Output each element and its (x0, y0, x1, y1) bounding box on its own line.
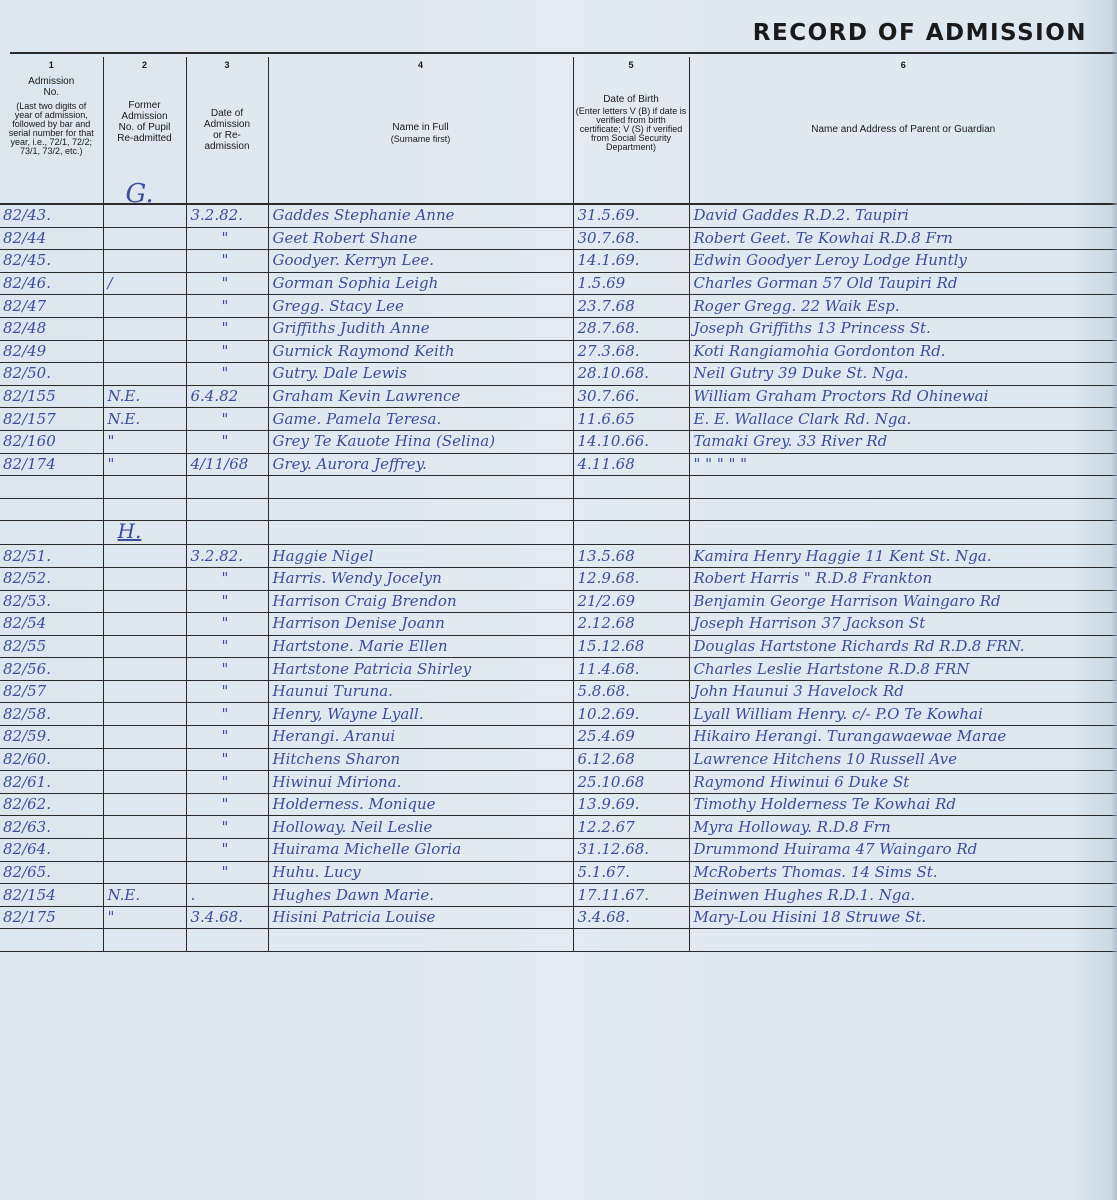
pupil-name-cell: Harris. Wendy Jocelyn (268, 567, 573, 590)
admission-date: " (222, 637, 229, 655)
parent-guardian-cell: " " " " " (689, 453, 1117, 476)
table-row: 82/174"4/11/68Grey. Aurora Jeffrey.4.11.… (0, 453, 1117, 476)
column-sublabel: (Last two digits of year of admission, f… (2, 102, 101, 156)
admission-date-cell (186, 498, 268, 521)
date-of-birth-cell (573, 476, 689, 499)
pupil-name: Huirama Michelle Gloria (273, 840, 462, 858)
former-admission-number-cell (103, 295, 186, 318)
admission-date: " (222, 818, 229, 836)
admission-date: " (222, 229, 229, 247)
date-of-birth-cell: 28.7.68. (573, 317, 689, 340)
admission-number: 82/57 (3, 682, 46, 700)
pupil-name-cell: Grey Te Kauote Hina (Selina) (268, 430, 573, 453)
pupil-name-cell: Henry, Wayne Lyall. (268, 703, 573, 726)
column-number: 1 (2, 60, 101, 70)
parent-guardian-cell: McRoberts Thomas. 14 Sims St. (689, 861, 1117, 884)
pupil-name: Graham Kevin Lawrence (273, 387, 461, 405)
admission-number: 82/48 (3, 319, 46, 337)
parent-guardian-cell: Lyall William Henry. c/- P.O Te Kowhai (689, 703, 1117, 726)
date-of-birth: 4.11.68 (578, 455, 635, 473)
admission-number: 82/43. (3, 206, 51, 224)
admission-date: " (222, 251, 229, 269)
admission-date: . (191, 886, 196, 904)
parent-guardian: David Gaddes R.D.2. Taupiri (694, 206, 909, 224)
table-row: 82/175"3.4.68.Hisini Patricia Louise3.4.… (0, 906, 1117, 929)
admission-date: " (222, 773, 229, 791)
admission-number-cell: 82/52. (0, 567, 103, 590)
table-row: 82/61."Hiwinui Miriona.25.10.68Raymond H… (0, 771, 1117, 794)
former-admission-number-cell (103, 793, 186, 816)
pupil-name: Goodyer. Kerryn Lee. (273, 251, 434, 269)
admission-number: 82/64. (3, 840, 51, 858)
former-admission-number-cell (103, 680, 186, 703)
column-label: Date of Admission or Re-admission (189, 108, 266, 152)
former-admission-number-cell (103, 726, 186, 749)
date-of-birth: 10.2.69. (578, 705, 640, 723)
former-admission-number-cell (103, 839, 186, 862)
admission-number: 82/157 (3, 410, 56, 428)
admission-number: 82/65. (3, 863, 51, 881)
parent-guardian-cell: E. E. Wallace Clark Rd. Nga. (689, 408, 1117, 431)
column-label: Name and Address of Parent or Guardian (692, 124, 1116, 135)
admission-number: 82/63. (3, 818, 51, 836)
parent-guardian: Timothy Holderness Te Kowhai Rd (694, 795, 956, 813)
former-admission-number: " (108, 455, 115, 473)
admission-date: " (222, 297, 229, 315)
admission-date: 4/11/68 (191, 455, 249, 473)
admission-number: 82/54 (3, 614, 46, 632)
parent-guardian-cell: Beinwen Hughes R.D.1. Nga. (689, 884, 1117, 907)
admission-number: 82/58. (3, 705, 51, 723)
table-row (0, 929, 1117, 952)
parent-guardian-cell: Hikairo Herangi. Turangawaewae Marae (689, 726, 1117, 749)
date-of-birth-cell: 12.9.68. (573, 567, 689, 590)
page-title: RECORD OF ADMISSION (753, 20, 1087, 46)
parent-guardian-cell: Benjamin George Harrison Waingaro Rd (689, 590, 1117, 613)
pupil-name-cell: Graham Kevin Lawrence (268, 385, 573, 408)
column-header-former-admission-no: 2 Former Admission No. of Pupil Re-admit… (103, 57, 186, 204)
admission-number-cell: 82/43. (0, 204, 103, 227)
parent-guardian-cell: Edwin Goodyer Leroy Lodge Huntly (689, 250, 1117, 273)
register-body: 82/43.3.2.82.Gaddes Stephanie Anne31.5.6… (0, 204, 1117, 952)
pupil-name-cell: Hisini Patricia Louise (268, 906, 573, 929)
admission-number: 82/49 (3, 342, 46, 360)
pupil-name-cell: Holloway. Neil Leslie (268, 816, 573, 839)
pupil-name: Hisini Patricia Louise (273, 908, 436, 926)
admission-date: 6.4.82 (191, 387, 239, 405)
pupil-name: Herangi. Aranui (273, 727, 396, 745)
admission-date-cell: " (186, 363, 268, 386)
admission-date-cell: " (186, 635, 268, 658)
date-of-birth-cell: 15.12.68 (573, 635, 689, 658)
admission-date-cell: 4/11/68 (186, 453, 268, 476)
date-of-birth: 11.6.65 (578, 410, 635, 428)
date-of-birth-cell: 5.1.67. (573, 861, 689, 884)
parent-guardian-cell: Koti Rangiamohia Gordonton Rd. (689, 340, 1117, 363)
admission-number: 82/45. (3, 251, 51, 269)
former-admission-number-cell (103, 545, 186, 568)
admission-date-cell: . (186, 884, 268, 907)
parent-guardian: Tamaki Grey. 33 River Rd (694, 432, 888, 450)
column-number: 6 (692, 60, 1116, 70)
admission-date-cell (186, 476, 268, 499)
date-of-birth-cell: 1.5.69 (573, 272, 689, 295)
date-of-birth: 31.12.68. (578, 840, 650, 858)
admission-number: 82/154 (3, 886, 56, 904)
parent-guardian: Robert Geet. Te Kowhai R.D.8 Frn (694, 229, 953, 247)
parent-guardian-cell: Tamaki Grey. 33 River Rd (689, 430, 1117, 453)
admission-number: 82/60. (3, 750, 51, 768)
admission-number-cell: 82/61. (0, 771, 103, 794)
admission-date: " (222, 863, 229, 881)
admission-number: 82/52. (3, 569, 51, 587)
table-row: 82/52."Harris. Wendy Jocelyn12.9.68.Robe… (0, 567, 1117, 590)
pupil-name: Henry, Wayne Lyall. (273, 705, 424, 723)
table-row: 82/154N.E..Hughes Dawn Marie.17.11.67.Be… (0, 884, 1117, 907)
date-of-birth-cell: 4.11.68 (573, 453, 689, 476)
table-row: 82/53."Harrison Craig Brendon21/2.69Benj… (0, 590, 1117, 613)
date-of-birth: 30.7.68. (578, 229, 640, 247)
parent-guardian: Joseph Harrison 37 Jackson St (694, 614, 926, 632)
pupil-name-cell (268, 521, 573, 545)
pupil-name-cell: Hartstone Patricia Shirley (268, 658, 573, 681)
former-admission-number-cell: N.E. (103, 884, 186, 907)
admission-date-cell: " (186, 227, 268, 250)
parent-guardian: Roger Gregg. 22 Waik Esp. (694, 297, 900, 315)
admission-date: " (222, 274, 229, 292)
former-admission-number-cell (103, 771, 186, 794)
parent-guardian-cell (689, 476, 1117, 499)
date-of-birth-cell: 23.7.68 (573, 295, 689, 318)
date-of-birth-cell: 2.12.68 (573, 613, 689, 636)
admission-number-cell: 82/44 (0, 227, 103, 250)
date-of-birth-cell: 13.5.68 (573, 545, 689, 568)
date-of-birth-cell: 25.4.69 (573, 726, 689, 749)
section-divider-row: H. (0, 521, 1117, 545)
admission-number-cell: 82/50. (0, 363, 103, 386)
former-admission-number-cell: " (103, 430, 186, 453)
date-of-birth-cell (573, 498, 689, 521)
date-of-birth-cell: 25.10.68 (573, 771, 689, 794)
pupil-name: Gaddes Stephanie Anne (273, 206, 455, 224)
pupil-name: Gutry. Dale Lewis (273, 364, 407, 382)
admission-date: " (222, 705, 229, 723)
date-of-birth-cell: 28.10.68. (573, 363, 689, 386)
parent-guardian: William Graham Proctors Rd Ohinewai (694, 387, 989, 405)
admission-number-cell: 82/160 (0, 430, 103, 453)
pupil-name-cell: Herangi. Aranui (268, 726, 573, 749)
header-row: 1 AdmissionNo. (Last two digits of year … (0, 57, 1117, 204)
parent-guardian-cell: William Graham Proctors Rd Ohinewai (689, 385, 1117, 408)
admission-date-cell: " (186, 703, 268, 726)
former-admission-number-cell (103, 613, 186, 636)
date-of-birth-cell: 31.12.68. (573, 839, 689, 862)
admission-date-cell: " (186, 430, 268, 453)
admission-number-cell: 82/157 (0, 408, 103, 431)
parent-guardian: Raymond Hiwinui 6 Duke St (694, 773, 910, 791)
former-admission-number-cell: H. (103, 521, 186, 545)
former-admission-number-cell (103, 635, 186, 658)
admission-number-cell: 82/49 (0, 340, 103, 363)
pupil-name: Geet Robert Shane (273, 229, 418, 247)
pupil-name: Hughes Dawn Marie. (273, 886, 435, 904)
column-number: 3 (189, 60, 266, 70)
pupil-name: Holloway. Neil Leslie (273, 818, 433, 836)
table-row: 82/57"Haunui Turuna.5.8.68.John Haunui 3… (0, 680, 1117, 703)
admission-date-cell: 3.2.82. (186, 545, 268, 568)
parent-guardian-cell (689, 498, 1117, 521)
pupil-name-cell: Hiwinui Miriona. (268, 771, 573, 794)
former-admission-number-cell: " (103, 906, 186, 929)
admission-number: 82/46. (3, 274, 51, 292)
parent-guardian: Drummond Huirama 47 Waingaro Rd (694, 840, 978, 858)
parent-guardian-cell: Neil Gutry 39 Duke St. Nga. (689, 363, 1117, 386)
former-admission-number-cell (103, 250, 186, 273)
parent-guardian-cell: John Haunui 3 Havelock Rd (689, 680, 1117, 703)
date-of-birth-cell: 5.8.68. (573, 680, 689, 703)
date-of-birth: 6.12.68 (578, 750, 635, 768)
table-row: 82/51.3.2.82.Haggie Nigel13.5.68Kamira H… (0, 545, 1117, 568)
date-of-birth-cell: 17.11.67. (573, 884, 689, 907)
admission-number: 82/47 (3, 297, 46, 315)
admission-number-cell: 82/51. (0, 545, 103, 568)
former-admission-number: / (108, 274, 113, 292)
column-sublabel: (Surname first) (271, 135, 571, 144)
date-of-birth: 13.5.68 (578, 547, 635, 565)
admission-date: " (222, 410, 229, 428)
table-row: 82/157N.E."Game. Pamela Teresa.11.6.65E.… (0, 408, 1117, 431)
admission-number-cell: 82/154 (0, 884, 103, 907)
admission-number-cell: 82/60. (0, 748, 103, 771)
admission-date: " (222, 364, 229, 382)
date-of-birth: 12.9.68. (578, 569, 640, 587)
table-row: 82/58."Henry, Wayne Lyall.10.2.69.Lyall … (0, 703, 1117, 726)
column-number: 2 (106, 60, 184, 70)
admission-date-cell: " (186, 590, 268, 613)
date-of-birth-cell: 30.7.66. (573, 385, 689, 408)
date-of-birth-cell: 31.5.69. (573, 204, 689, 227)
former-admission-number-cell: N.E. (103, 385, 186, 408)
pupil-name: Grey. Aurora Jeffrey. (273, 455, 427, 473)
table-row: 82/48"Griffiths Judith Anne28.7.68.Josep… (0, 317, 1117, 340)
table-row: 82/44"Geet Robert Shane30.7.68.Robert Ge… (0, 227, 1117, 250)
former-admission-number: N.E. (108, 410, 141, 428)
admission-number: 82/62. (3, 795, 51, 813)
date-of-birth: 5.8.68. (578, 682, 630, 700)
table-row: 82/62."Holderness. Monique13.9.69.Timoth… (0, 793, 1117, 816)
pupil-name: Hiwinui Miriona. (273, 773, 402, 791)
admission-number: 82/61. (3, 773, 51, 791)
column-number: 5 (576, 60, 687, 70)
admission-date-cell: " (186, 340, 268, 363)
pupil-name: Huhu. Lucy (273, 863, 361, 881)
pupil-name: Haggie Nigel (273, 547, 374, 565)
parent-guardian-cell: Joseph Griffiths 13 Princess St. (689, 317, 1117, 340)
former-admission-number-cell (103, 567, 186, 590)
column-label: Name in Full (271, 122, 571, 133)
admission-number: 82/175 (3, 908, 56, 926)
date-of-birth: 23.7.68 (578, 297, 635, 315)
former-admission-number-cell: / (103, 272, 186, 295)
admission-date: 3.2.82. (191, 547, 243, 565)
register-page: RECORD OF ADMISSION 1 AdmissionNo. (Last… (0, 0, 1117, 1200)
pupil-name-cell: Gurnick Raymond Keith (268, 340, 573, 363)
table-row: 82/59."Herangi. Aranui25.4.69Hikairo Her… (0, 726, 1117, 749)
pupil-name-cell: Hartstone. Marie Ellen (268, 635, 573, 658)
date-of-birth: 2.12.68 (578, 614, 635, 632)
former-admission-number-cell: N.E. (103, 408, 186, 431)
admission-number-cell: 82/175 (0, 906, 103, 929)
pupil-name-cell: Haggie Nigel (268, 545, 573, 568)
parent-guardian: " " " " " (694, 455, 748, 473)
pupil-name: Gorman Sophia Leigh (273, 274, 439, 292)
date-of-birth: 15.12.68 (578, 637, 645, 655)
table-row: 82/50."Gutry. Dale Lewis28.10.68.Neil Gu… (0, 363, 1117, 386)
parent-guardian: Neil Gutry 39 Duke St. Nga. (694, 364, 909, 382)
admission-date: " (222, 682, 229, 700)
parent-guardian: Douglas Hartstone Richards Rd R.D.8 FRN. (694, 637, 1025, 655)
table-row: 82/65."Huhu. Lucy5.1.67.McRoberts Thomas… (0, 861, 1117, 884)
admission-date-cell: 3.4.68. (186, 906, 268, 929)
pupil-name-cell: Hitchens Sharon (268, 748, 573, 771)
admission-number-cell: 82/48 (0, 317, 103, 340)
parent-guardian: Lyall William Henry. c/- P.O Te Kowhai (694, 705, 983, 723)
admission-number: 82/50. (3, 364, 51, 382)
date-of-birth: 14.1.69. (578, 251, 640, 269)
admission-number-cell: 82/59. (0, 726, 103, 749)
date-of-birth: 14.10.66. (578, 432, 650, 450)
pupil-name-cell: Griffiths Judith Anne (268, 317, 573, 340)
former-admission-number: " (108, 908, 115, 926)
admission-date-cell: " (186, 680, 268, 703)
former-admission-number-cell (103, 748, 186, 771)
pupil-name-cell: Harrison Craig Brendon (268, 590, 573, 613)
admission-date-cell: 6.4.82 (186, 385, 268, 408)
admission-date: " (222, 660, 229, 678)
date-of-birth: 30.7.66. (578, 387, 640, 405)
pupil-name-cell: Gorman Sophia Leigh (268, 272, 573, 295)
pupil-name-cell (268, 498, 573, 521)
date-of-birth-cell (573, 929, 689, 952)
parent-guardian-cell: Roger Gregg. 22 Waik Esp. (689, 295, 1117, 318)
former-admission-number-cell (103, 590, 186, 613)
admission-number: 82/55 (3, 637, 46, 655)
parent-guardian-cell: Lawrence Hitchens 10 Russell Ave (689, 748, 1117, 771)
pupil-name: Game. Pamela Teresa. (273, 410, 442, 428)
table-row: 82/47"Gregg. Stacy Lee23.7.68Roger Gregg… (0, 295, 1117, 318)
admission-number: 82/44 (3, 229, 46, 247)
pupil-name-cell: Game. Pamela Teresa. (268, 408, 573, 431)
table-row: 82/56."Hartstone Patricia Shirley11.4.68… (0, 658, 1117, 681)
former-admission-number-cell (103, 658, 186, 681)
table-row: 82/54"Harrison Denise Joann2.12.68Joseph… (0, 613, 1117, 636)
former-admission-number: N.E. (108, 387, 141, 405)
date-of-birth-cell: 6.12.68 (573, 748, 689, 771)
parent-guardian: Beinwen Hughes R.D.1. Nga. (694, 886, 916, 904)
column-header-date-of-birth: 5 Date of Birth (Enter letters V (B) if … (573, 57, 689, 204)
admission-date: " (222, 750, 229, 768)
table-row (0, 476, 1117, 499)
admission-date: " (222, 614, 229, 632)
admission-number-cell (0, 929, 103, 952)
date-of-birth: 28.7.68. (578, 319, 640, 337)
pupil-name-cell (268, 476, 573, 499)
admission-date-cell: " (186, 613, 268, 636)
parent-guardian-cell (689, 929, 1117, 952)
admission-date: " (222, 795, 229, 813)
former-admission-number-cell (103, 363, 186, 386)
admission-date-cell: 3.2.82. (186, 204, 268, 227)
parent-guardian-cell: Joseph Harrison 37 Jackson St (689, 613, 1117, 636)
parent-guardian: Hikairo Herangi. Turangawaewae Marae (694, 727, 1007, 745)
pupil-name-cell: Harrison Denise Joann (268, 613, 573, 636)
admission-number-cell: 82/174 (0, 453, 103, 476)
admission-number-cell: 82/64. (0, 839, 103, 862)
pupil-name: Hartstone. Marie Ellen (273, 637, 448, 655)
former-admission-number-cell (103, 498, 186, 521)
date-of-birth: 11.4.68. (578, 660, 640, 678)
admission-number: 82/56. (3, 660, 51, 678)
date-of-birth-cell: 13.9.69. (573, 793, 689, 816)
date-of-birth-cell: 11.4.68. (573, 658, 689, 681)
admission-date-cell: " (186, 793, 268, 816)
date-of-birth: 21/2.69 (578, 592, 636, 610)
admission-number: 82/160 (3, 432, 56, 450)
parent-guardian-cell: Charles Leslie Hartstone R.D.8 FRN (689, 658, 1117, 681)
table-row: 82/155N.E.6.4.82Graham Kevin Lawrence30.… (0, 385, 1117, 408)
parent-guardian-cell: Myra Holloway. R.D.8 Frn (689, 816, 1117, 839)
date-of-birth: 5.1.67. (578, 863, 630, 881)
column-header-date-of-admission: 3 Date of Admission or Re-admission (186, 57, 268, 204)
admission-number-cell (0, 521, 103, 545)
date-of-birth: 12.2.67 (578, 818, 635, 836)
admission-register-table: 1 AdmissionNo. (Last two digits of year … (0, 57, 1117, 952)
former-admission-number-cell (103, 317, 186, 340)
admission-number-cell (0, 498, 103, 521)
date-of-birth-cell: 14.1.69. (573, 250, 689, 273)
pupil-name: Hartstone Patricia Shirley (273, 660, 472, 678)
admission-number-cell: 82/62. (0, 793, 103, 816)
column-header-name-in-full: 4 Name in Full (Surname first) (268, 57, 573, 204)
admission-date: " (222, 727, 229, 745)
date-of-birth: 25.10.68 (578, 773, 645, 791)
parent-guardian-cell: Kamira Henry Haggie 11 Kent St. Nga. (689, 545, 1117, 568)
pupil-name: Grey Te Kauote Hina (Selina) (273, 432, 496, 450)
admission-number-cell: 82/54 (0, 613, 103, 636)
parent-guardian: Kamira Henry Haggie 11 Kent St. Nga. (694, 547, 992, 565)
admission-number-cell: 82/58. (0, 703, 103, 726)
pupil-name: Haunui Turuna. (273, 682, 393, 700)
admission-date-cell: " (186, 272, 268, 295)
pupil-name: Hitchens Sharon (273, 750, 401, 768)
table-row: 82/64."Huirama Michelle Gloria31.12.68.D… (0, 839, 1117, 862)
date-of-birth-cell: 3.4.68. (573, 906, 689, 929)
admission-number-cell: 82/63. (0, 816, 103, 839)
parent-guardian-cell: Robert Harris " R.D.8 Frankton (689, 567, 1117, 590)
admission-date: " (222, 840, 229, 858)
admission-date-cell: " (186, 816, 268, 839)
date-of-birth: 17.11.67. (578, 886, 650, 904)
admission-date-cell: " (186, 295, 268, 318)
pupil-name-cell: Huhu. Lucy (268, 861, 573, 884)
parent-guardian: Robert Harris " R.D.8 Frankton (694, 569, 933, 587)
date-of-birth-cell: 12.2.67 (573, 816, 689, 839)
admission-date-cell: " (186, 658, 268, 681)
parent-guardian-cell: Douglas Hartstone Richards Rd R.D.8 FRN. (689, 635, 1117, 658)
parent-guardian: Edwin Goodyer Leroy Lodge Huntly (694, 251, 967, 269)
date-of-birth-cell: 14.10.66. (573, 430, 689, 453)
admission-number-cell: 82/65. (0, 861, 103, 884)
